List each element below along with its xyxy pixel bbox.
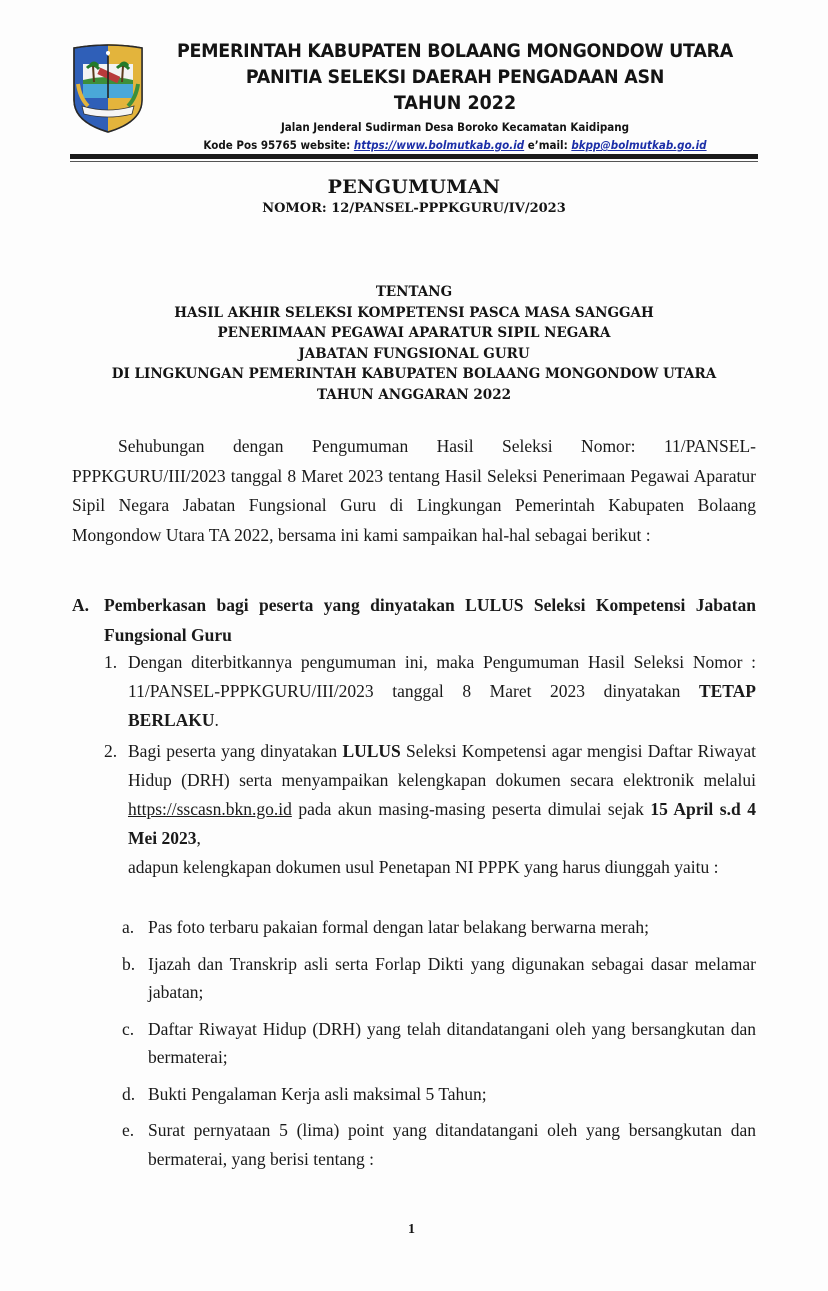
subject-line: HASIL AKHIR SELEKSI KOMPETENSI PASCA MAS… <box>60 303 768 324</box>
subject-line: DI LINGKUNGAN PEMERINTAH KABUPATEN BOLAA… <box>60 364 768 385</box>
letterhead-government: PEMERINTAH KABUPATEN BOLAANG MONGONDOW U… <box>174 38 735 64</box>
subject-line: JABATAN FUNGSIONAL GURU <box>60 344 768 365</box>
section-a-heading: A. Pemberkasan bagi peserta yang dinyata… <box>72 590 756 650</box>
letterhead-divider-thin <box>70 161 758 162</box>
section-title: Pemberkasan bagi peserta yang dinyatakan… <box>104 590 756 650</box>
list-item: c. Daftar Riwayat Hidup (DRH) yang telah… <box>122 1015 756 1072</box>
item-text: Dengan diterbitkannya pengumuman ini, ma… <box>128 648 756 735</box>
intro-paragraph: Sehubungan dengan Pengumuman Hasil Selek… <box>72 432 756 550</box>
regency-coat-of-arms-icon <box>68 42 148 134</box>
letterhead-divider <box>70 154 758 159</box>
sscasn-link[interactable]: https://sscasn.bkn.go.id <box>128 799 292 819</box>
letterhead-contact: Kode Pos 95765 website: https://www.bolm… <box>181 136 730 154</box>
lulus-emphasis: LULUS <box>342 741 400 761</box>
subject-line: TAHUN ANGGARAN 2022 <box>60 385 768 406</box>
item-text: Bagi peserta yang dinyatakan LULUS Selek… <box>128 737 756 882</box>
announcement-subject: TENTANG HASIL AKHIR SELEKSI KOMPETENSI P… <box>60 282 768 405</box>
announcement-number: NOMOR: 12/PANSEL-PPPKGURU/IV/2023 <box>60 201 768 216</box>
website-link[interactable]: https://www.bolmutkab.go.id <box>354 138 524 152</box>
section-a: A. Pemberkasan bagi peserta yang dinyata… <box>72 590 756 650</box>
document-page: PEMERINTAH KABUPATEN BOLAANG MONGONDOW U… <box>0 0 828 1291</box>
page-number: 1 <box>408 1222 415 1238</box>
section-marker: A. <box>72 590 104 650</box>
list-item-1: 1. Dengan diterbitkannya pengumuman ini,… <box>104 648 756 735</box>
email-label: e’mail: <box>524 138 571 152</box>
letterhead-year: TAHUN 2022 <box>174 90 735 116</box>
postal-code-label: Kode Pos 95765 website: <box>203 138 353 152</box>
subject-line: TENTANG <box>60 282 768 303</box>
list-item-2: 2. Bagi peserta yang dinyatakan LULUS Se… <box>104 737 756 882</box>
documents-intro: adapun kelengkapan dokumen usul Penetapa… <box>128 853 756 882</box>
letterhead: PEMERINTAH KABUPATEN BOLAANG MONGONDOW U… <box>150 38 760 154</box>
item-marker: 2. <box>104 737 128 882</box>
item-marker: 1. <box>104 648 128 735</box>
list-item: a. Pas foto terbaru pakaian formal denga… <box>122 913 756 942</box>
letterhead-committee: PANITIA SELEKSI DAERAH PENGADAAN ASN <box>174 64 735 90</box>
subject-line: PENERIMAAN PEGAWAI APARATUR SIPIL NEGARA <box>60 323 768 344</box>
list-item: b. Ijazah dan Transkrip asli serta Forla… <box>122 950 756 1007</box>
document-requirements-list: a. Pas foto terbaru pakaian formal denga… <box>122 913 756 1181</box>
letterhead-address: Jalan Jenderal Sudirman Desa Boroko Keca… <box>181 118 730 136</box>
announcement-heading: PENGUMUMAN <box>60 176 768 198</box>
list-item: d. Bukti Pengalaman Kerja asli maksimal … <box>122 1080 756 1109</box>
email-link[interactable]: bkpp@bolmutkab.go.id <box>571 138 706 152</box>
list-item: e. Surat pernyataan 5 (lima) point yang … <box>122 1116 756 1173</box>
